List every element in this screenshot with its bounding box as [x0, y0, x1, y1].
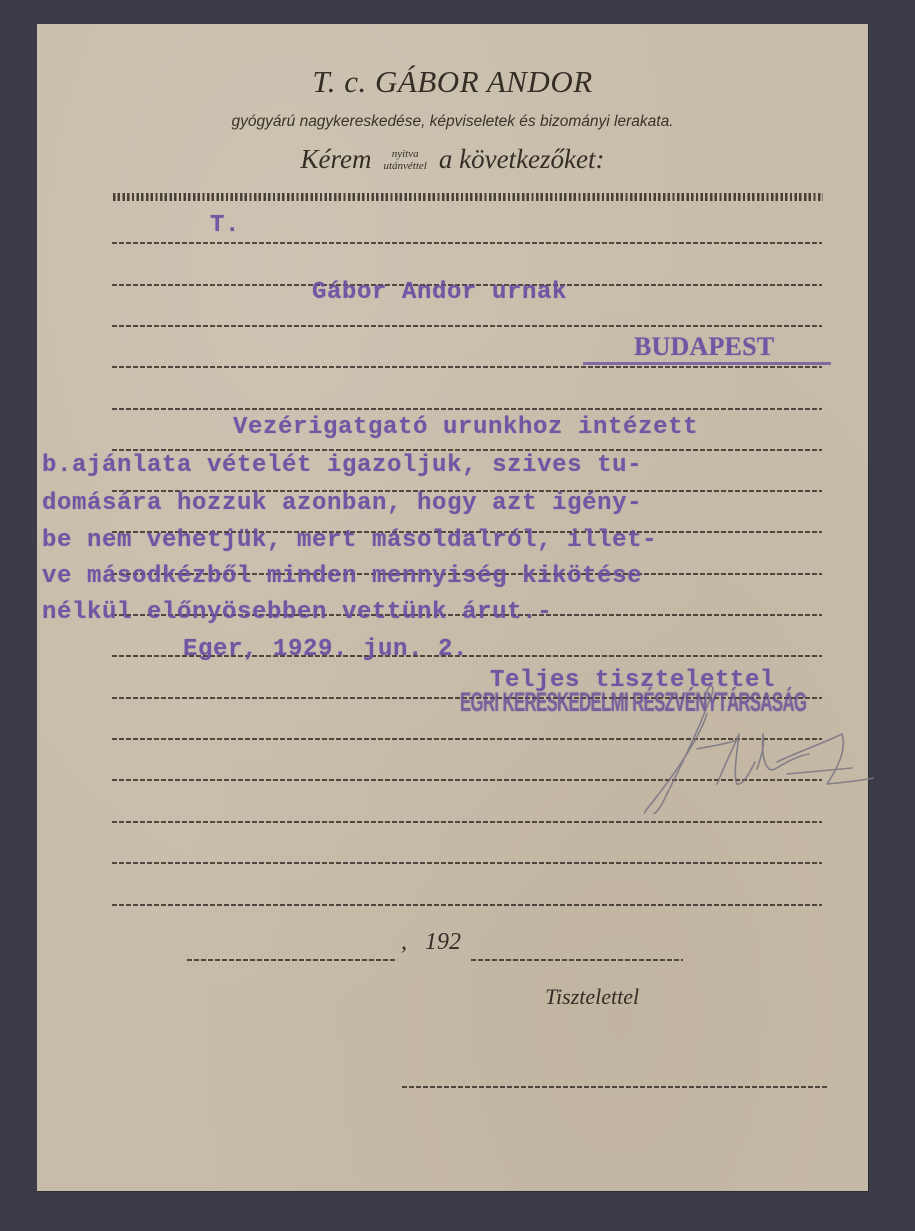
ruled-line: [112, 821, 822, 823]
letter-body-line: domására hozzuk azonban, hogy azt igény-: [42, 490, 642, 517]
date-place-line: [187, 959, 397, 961]
order-card: T. c. GÁBOR ANDOR gyógyárú nagykereskedé…: [37, 24, 868, 1191]
addressee-prefix: T.: [210, 212, 240, 239]
signature-line: [402, 1086, 827, 1088]
header-bar-rule: [113, 193, 823, 201]
ruled-line: [112, 862, 822, 864]
ruled-line: [112, 325, 822, 327]
request-option-open: nyitva: [392, 148, 419, 160]
date-day-line: [471, 959, 683, 961]
ruled-line: [112, 449, 822, 451]
printed-closing: Tisztelettel: [545, 984, 639, 1010]
place-date: Eger, 1929. jun. 2.: [183, 636, 468, 663]
request-options: nyitva utánvéttel: [383, 148, 426, 172]
letter-body-line: b.ajánlata vételét igazoljuk, szives tu-: [42, 452, 642, 479]
addressee-city: BUDAPEST: [634, 332, 774, 362]
request-line: Kérem nyitva utánvéttel a következőket:: [37, 144, 868, 175]
letter-body-line: Vezérigatgató urunkhoz intézett: [233, 414, 698, 441]
ruled-line: [112, 904, 822, 906]
letter-body-line: nélkül előnyösebben vettünk árut.-: [42, 599, 552, 626]
city-underline: [583, 362, 831, 365]
request-option-cod: utánvéttel: [383, 160, 426, 172]
date-year-prefix: 192: [425, 929, 461, 956]
request-suffix: a következőket:: [439, 144, 605, 174]
letter-body-line: be nem vehetjük, mert másoldalról, illet…: [42, 527, 657, 554]
handwritten-signature: [637, 674, 877, 814]
ruled-line: [112, 242, 822, 244]
ruled-line: [112, 366, 822, 368]
addressee-name: Gábor Andor urnak: [312, 279, 567, 306]
company-title: T. c. GÁBOR ANDOR: [37, 64, 868, 100]
request-prefix: Kérem: [301, 144, 372, 174]
company-subtitle: gyógyárú nagykereskedése, képviseletek é…: [37, 113, 868, 131]
date-comma: ,: [401, 929, 407, 956]
letter-body-line: ve másodkézből minden mennyiség kikötése: [42, 563, 642, 590]
ruled-line: [112, 408, 822, 410]
